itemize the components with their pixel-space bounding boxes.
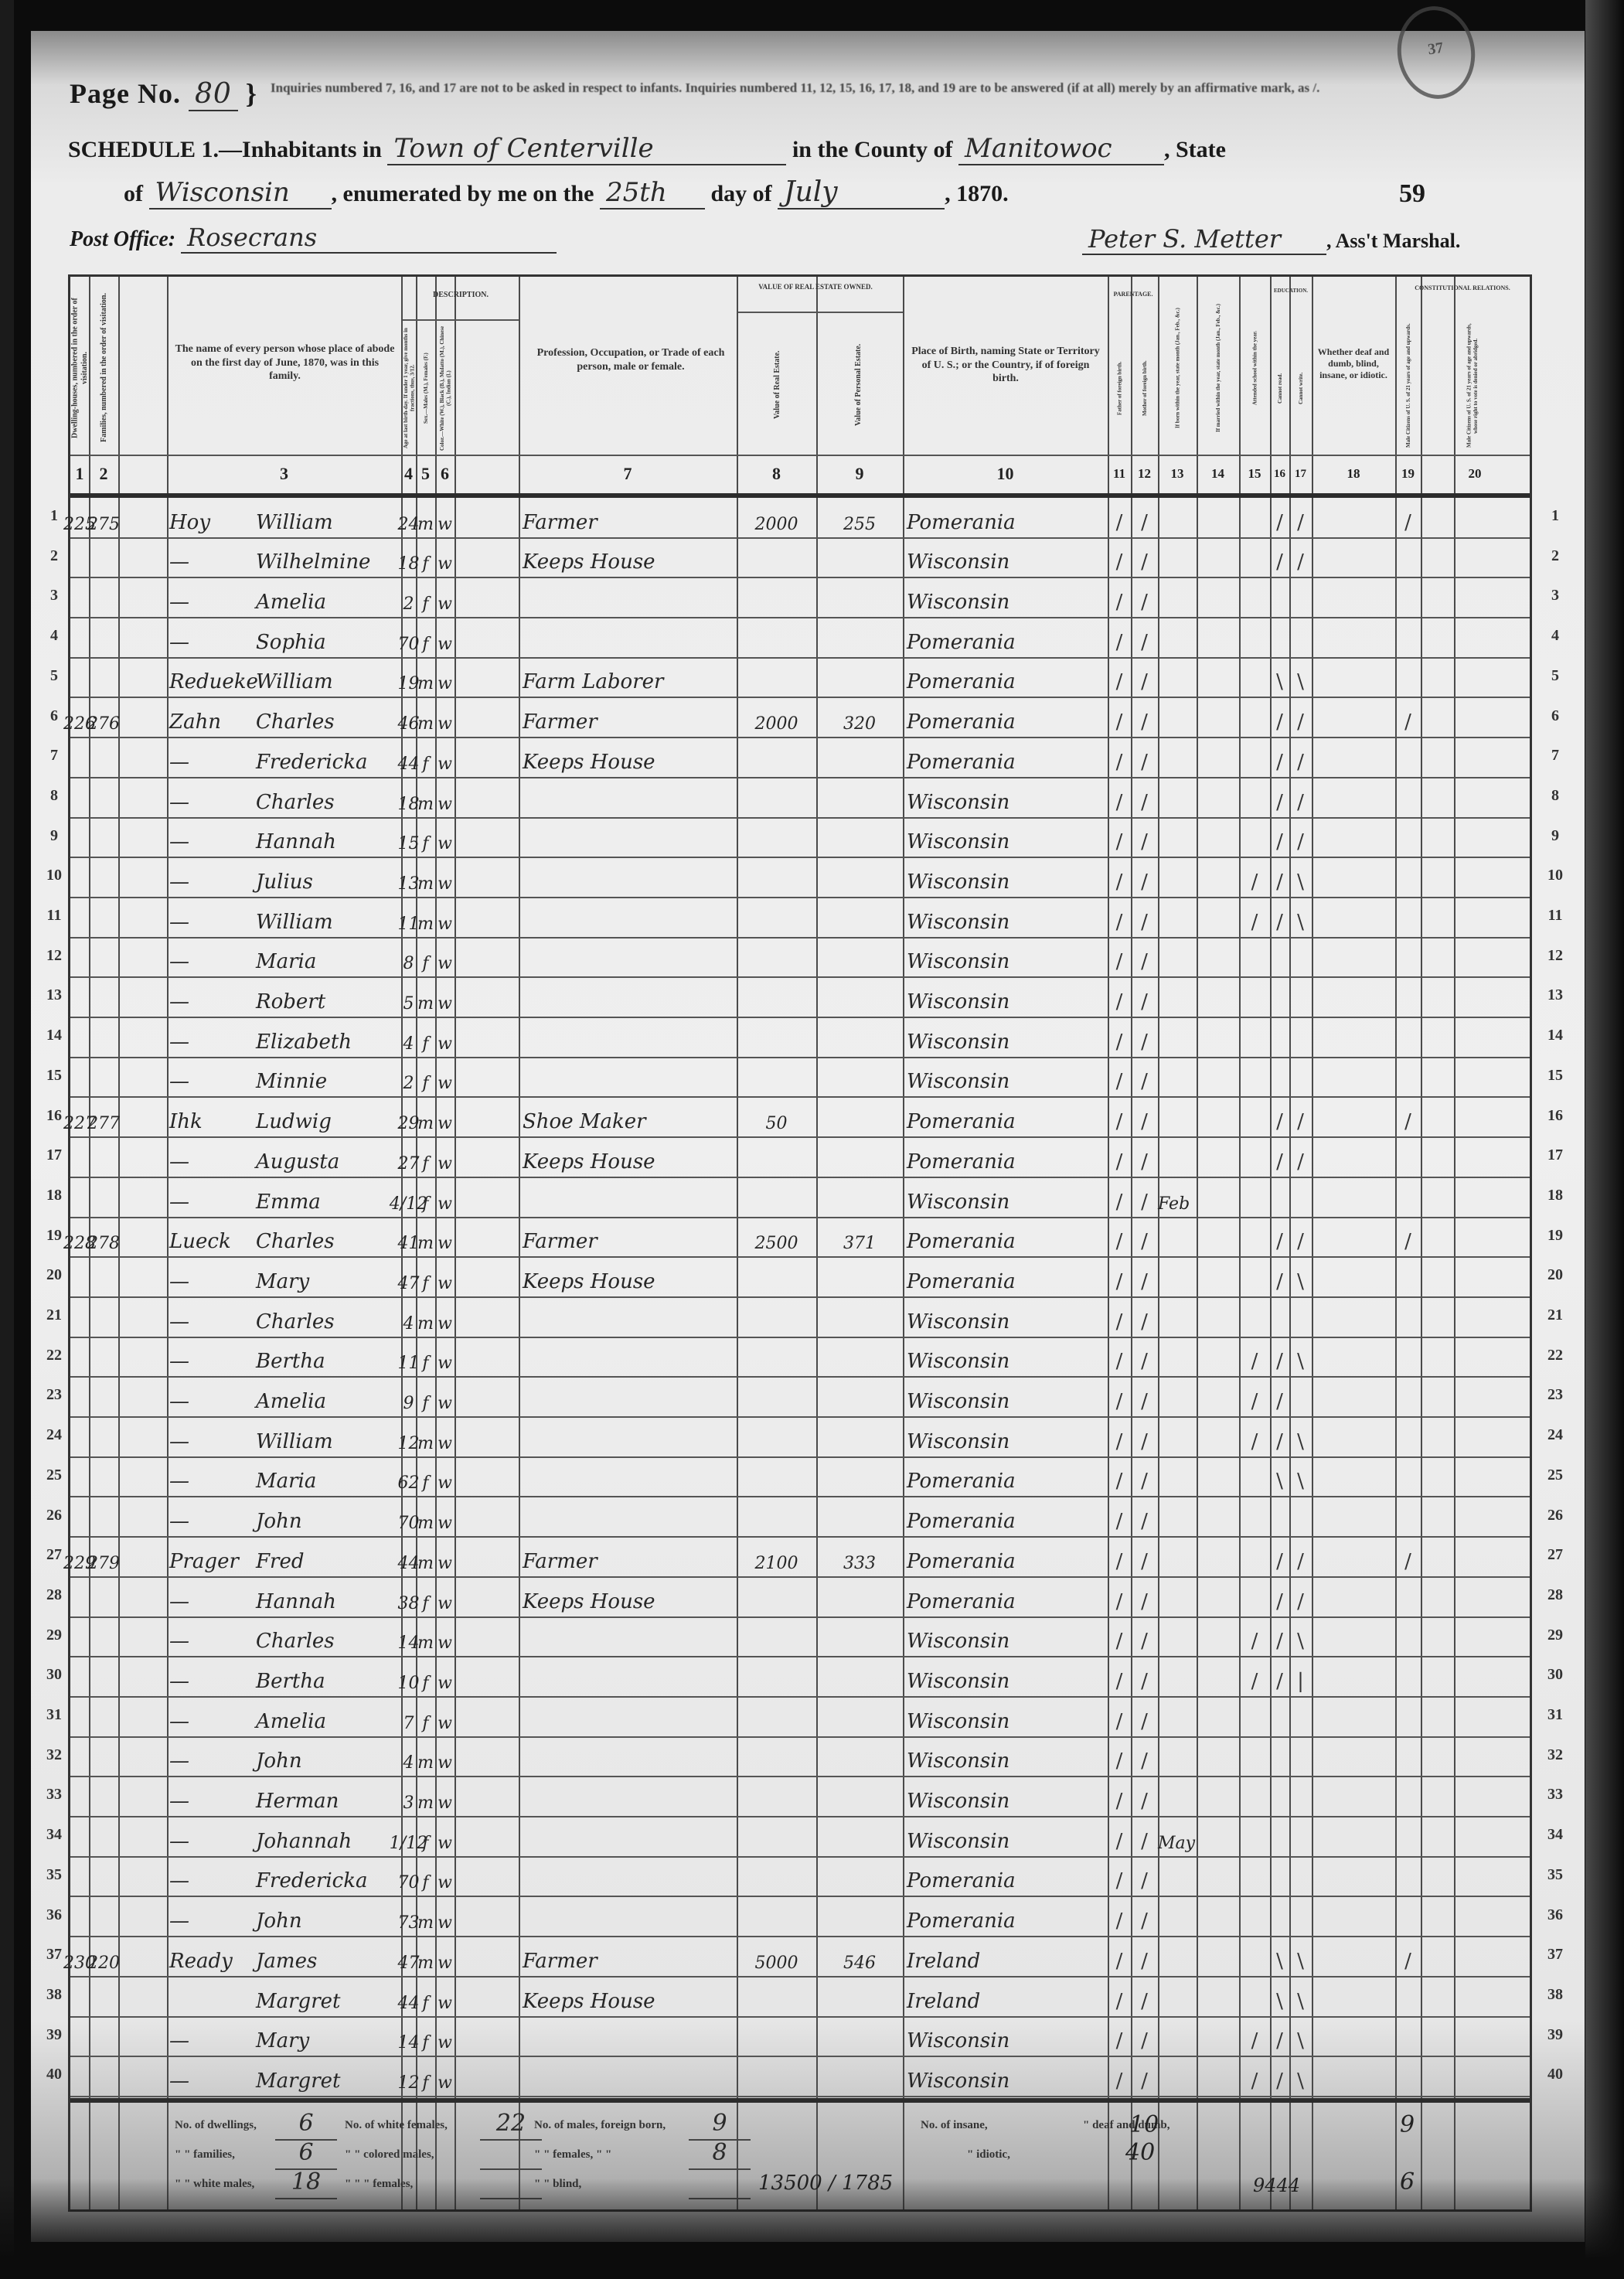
married-within-year-cell bbox=[1197, 1218, 1239, 1259]
birthplace-cell: Wisconsin bbox=[907, 578, 1108, 618]
attended-school-cell bbox=[1239, 1138, 1270, 1178]
occupation-cell: Keeps House bbox=[523, 1978, 735, 2018]
table-row: —Charles18mwWisconsin//// bbox=[70, 778, 1530, 819]
age-cell: 44 bbox=[401, 738, 416, 778]
sex-cell: m bbox=[416, 1538, 435, 1578]
male-citizen-cell bbox=[1395, 1258, 1421, 1298]
family-number-cell bbox=[89, 1898, 118, 1938]
dwelling-number-cell bbox=[70, 738, 89, 778]
attended-school-cell bbox=[1239, 1698, 1270, 1738]
given-name-cell: Minnie bbox=[256, 1058, 401, 1099]
father-foreign-cell: / bbox=[1108, 1458, 1131, 1498]
personal-estate-value-cell bbox=[816, 1138, 903, 1178]
age-cell: 47 bbox=[401, 1258, 416, 1298]
real-estate-value-cell bbox=[737, 939, 816, 979]
family-number-cell bbox=[89, 539, 118, 579]
real-estate-value-cell: 5000 bbox=[737, 1937, 816, 1978]
age-cell: 2 bbox=[401, 578, 416, 618]
father-foreign-cell: / bbox=[1108, 898, 1131, 939]
personal-estate-value-cell bbox=[816, 1178, 903, 1218]
age-cell: 3 bbox=[401, 1777, 416, 1817]
family-number-cell: 220 bbox=[89, 1937, 118, 1978]
occupation-cell bbox=[523, 1458, 735, 1498]
col17-header: Cannot write. bbox=[1291, 323, 1312, 453]
cannot-write-cell: / bbox=[1289, 699, 1312, 739]
occupation-cell bbox=[523, 858, 735, 898]
table-row: —Wilhelmine18fwKeeps HouseWisconsin//// bbox=[70, 539, 1530, 579]
personal-estate-value-cell bbox=[816, 898, 903, 939]
given-name-cell: Fredericka bbox=[256, 1858, 401, 1898]
given-name-cell: Sophia bbox=[256, 618, 401, 659]
given-name-cell: Elizabeth bbox=[256, 1018, 401, 1058]
cannot-read-cell bbox=[1270, 1858, 1289, 1898]
cannot-write-cell: \ bbox=[1289, 1978, 1312, 2018]
disability-cell bbox=[1312, 1698, 1395, 1738]
description-group-header: Description. bbox=[403, 291, 519, 299]
cannot-write-cell: | bbox=[1289, 1657, 1312, 1698]
surname-cell: — bbox=[169, 1898, 254, 1938]
occupation-cell bbox=[523, 1618, 735, 1658]
attended-school-cell bbox=[1239, 659, 1270, 699]
birthplace-cell: Wisconsin bbox=[907, 539, 1108, 579]
attended-school-cell bbox=[1239, 499, 1270, 539]
line-number-left: 18 bbox=[39, 1187, 70, 1204]
line-number-right: 20 bbox=[1540, 1266, 1571, 1284]
birthplace-cell: Pomerania bbox=[907, 1099, 1108, 1139]
father-foreign-cell: / bbox=[1108, 858, 1131, 898]
vote-denied-cell bbox=[1421, 1898, 1529, 1938]
mother-foreign-cell: / bbox=[1131, 1138, 1158, 1178]
surname-cell: — bbox=[169, 1458, 254, 1498]
born-within-year-cell bbox=[1158, 978, 1197, 1018]
disability-cell bbox=[1312, 578, 1395, 618]
personal-estate-value-cell bbox=[816, 1777, 903, 1817]
cannot-write-cell: \ bbox=[1289, 1338, 1312, 1378]
sex-cell: f bbox=[416, 1378, 435, 1418]
real-estate-value-cell bbox=[737, 1738, 816, 1778]
cannot-write-cell bbox=[1289, 1738, 1312, 1778]
mother-foreign-cell: / bbox=[1131, 778, 1158, 819]
personal-estate-value-cell: 546 bbox=[816, 1937, 903, 1978]
birthplace-cell: Wisconsin bbox=[907, 2057, 1108, 2097]
surname-cell: — bbox=[169, 1738, 254, 1778]
born-within-year-cell bbox=[1158, 2018, 1197, 2058]
sex-cell: f bbox=[416, 819, 435, 859]
birthplace-cell: Pomerania bbox=[907, 1258, 1108, 1298]
given-name-cell: William bbox=[256, 499, 401, 539]
attended-school-cell bbox=[1239, 1458, 1270, 1498]
line-number-left: 21 bbox=[39, 1306, 70, 1324]
line-number-left: 26 bbox=[39, 1507, 70, 1524]
personal-estate-value-cell bbox=[816, 1018, 903, 1058]
table-row: —Herman3mwWisconsin// bbox=[70, 1777, 1530, 1817]
attended-school-cell bbox=[1239, 618, 1270, 659]
cannot-write-cell: \ bbox=[1289, 1618, 1312, 1658]
post-office-value: Rosecrans bbox=[181, 223, 557, 254]
age-cell: 29 bbox=[401, 1099, 416, 1139]
personal-estate-value-cell bbox=[816, 738, 903, 778]
personal-estate-value-cell bbox=[816, 1258, 903, 1298]
line-number-left: 3 bbox=[39, 587, 70, 605]
mother-foreign-cell: / bbox=[1131, 1817, 1158, 1858]
real-estate-value-cell bbox=[737, 738, 816, 778]
cannot-read-cell: / bbox=[1270, 1538, 1289, 1578]
occupation-cell bbox=[523, 1777, 735, 1817]
cannot-read-cell bbox=[1270, 1698, 1289, 1738]
table-row: —Mary47fwKeeps HousePomerania///\ bbox=[70, 1258, 1530, 1298]
sex-cell: m bbox=[416, 978, 435, 1018]
dwelling-number-cell: 226 bbox=[70, 699, 89, 739]
married-within-year-cell bbox=[1197, 1378, 1239, 1418]
surname-cell: Ihk bbox=[169, 1099, 254, 1139]
line-number-right: 14 bbox=[1540, 1027, 1571, 1044]
line-number-left: 39 bbox=[39, 2026, 70, 2044]
disability-cell bbox=[1312, 1338, 1395, 1378]
sex-cell: m bbox=[416, 1218, 435, 1259]
real-estate-value-cell bbox=[737, 1817, 816, 1858]
colored-males-value bbox=[480, 2139, 542, 2170]
disability-cell bbox=[1312, 1618, 1395, 1658]
given-name-cell: Amelia bbox=[256, 1378, 401, 1418]
born-within-year-cell bbox=[1158, 539, 1197, 579]
dwelling-number-cell bbox=[70, 1618, 89, 1658]
cannot-read-cell: / bbox=[1270, 778, 1289, 819]
male-citizen-cell bbox=[1395, 978, 1421, 1018]
table-row: —Charles4mwWisconsin// bbox=[70, 1298, 1530, 1338]
disability-cell bbox=[1312, 1657, 1395, 1698]
personal-estate-value-cell bbox=[816, 1298, 903, 1338]
line-number-left: 32 bbox=[39, 1746, 70, 1764]
cannot-read-cell bbox=[1270, 978, 1289, 1018]
vote-denied-cell bbox=[1421, 1458, 1529, 1498]
real-estate-value-cell bbox=[737, 1298, 816, 1338]
disability-cell bbox=[1312, 1898, 1395, 1938]
age-cell: 13 bbox=[401, 858, 416, 898]
occupation-cell bbox=[523, 1018, 735, 1058]
cannot-write-cell bbox=[1289, 1498, 1312, 1538]
cannot-read-cell: / bbox=[1270, 1218, 1289, 1259]
given-name-cell: Bertha bbox=[256, 1338, 401, 1378]
sex-cell: m bbox=[416, 1618, 435, 1658]
occupation-cell bbox=[523, 1058, 735, 1099]
given-name-cell: Hannah bbox=[256, 819, 401, 859]
personal-estate-value-cell bbox=[816, 1618, 903, 1658]
vote-denied-cell bbox=[1421, 978, 1529, 1018]
page-number-value: 80 bbox=[189, 78, 238, 111]
line-number-left: 14 bbox=[39, 1027, 70, 1044]
surname-cell: — bbox=[169, 978, 254, 1018]
cannot-read-cell: / bbox=[1270, 1338, 1289, 1378]
family-number-cell: 279 bbox=[89, 1538, 118, 1578]
married-within-year-cell bbox=[1197, 499, 1239, 539]
born-within-year-cell bbox=[1158, 1978, 1197, 2018]
surname-cell: — bbox=[169, 1817, 254, 1858]
col5-header: Sex.—Males (M.), Females (F.) bbox=[417, 323, 435, 453]
cannot-read-cell bbox=[1270, 618, 1289, 659]
age-cell: 10 bbox=[401, 1657, 416, 1698]
colnum-7: 7 bbox=[519, 459, 737, 489]
personal-estate-value-cell bbox=[816, 659, 903, 699]
line-number-right: 23 bbox=[1540, 1386, 1571, 1404]
attended-school-cell: / bbox=[1239, 1618, 1270, 1658]
table-row: 230220ReadyJames47mwFarmer5000546Ireland… bbox=[70, 1937, 1530, 1978]
birthplace-cell: Pomerania bbox=[907, 1538, 1108, 1578]
born-within-year-cell bbox=[1158, 699, 1197, 739]
surname-cell: — bbox=[169, 1378, 254, 1418]
born-within-year-cell bbox=[1158, 1099, 1197, 1139]
family-number-cell: 275 bbox=[89, 499, 118, 539]
attended-school-cell bbox=[1239, 539, 1270, 579]
real-estate-value-cell bbox=[737, 2057, 816, 2097]
parentage-group-header: Parentage. bbox=[1109, 291, 1157, 298]
male-citizen-cell bbox=[1395, 1578, 1421, 1618]
mother-foreign-cell: / bbox=[1131, 738, 1158, 778]
col6-header: Color.—White (W.), Black (B.), Mulatto (… bbox=[437, 323, 455, 453]
sex-cell: m bbox=[416, 1298, 435, 1338]
attended-school-cell: / bbox=[1239, 1418, 1270, 1458]
father-foreign-cell: / bbox=[1108, 778, 1131, 819]
male-citizen-cell bbox=[1395, 1498, 1421, 1538]
cannot-read-cell: / bbox=[1270, 1378, 1289, 1418]
birthplace-cell: Ireland bbox=[907, 1978, 1108, 2018]
sex-cell: f bbox=[416, 1258, 435, 1298]
sex-cell: m bbox=[416, 1777, 435, 1817]
given-name-cell: Bertha bbox=[256, 1657, 401, 1698]
dwelling-number-cell bbox=[70, 1298, 89, 1338]
cannot-read-cell: / bbox=[1270, 1418, 1289, 1458]
real-estate-value-cell bbox=[737, 1898, 816, 1938]
line-number-left: 25 bbox=[39, 1467, 70, 1484]
colnum-12: 12 bbox=[1131, 459, 1158, 489]
given-name-cell: Charles bbox=[256, 1218, 401, 1259]
dwelling-number-cell bbox=[70, 778, 89, 819]
male-citizen-cell bbox=[1395, 2018, 1421, 2058]
father-foreign-cell: / bbox=[1108, 1657, 1131, 1698]
age-cell: 4 bbox=[401, 1738, 416, 1778]
occupation-cell: Keeps House bbox=[523, 738, 735, 778]
occupation-cell bbox=[523, 1418, 735, 1458]
family-number-cell bbox=[89, 1738, 118, 1778]
father-foreign-cell: / bbox=[1108, 1099, 1131, 1139]
sex-cell: f bbox=[416, 578, 435, 618]
male-citizen-cell bbox=[1395, 1178, 1421, 1218]
col19-header: Male Citizens of U. S. of 21 years of ag… bbox=[1397, 319, 1421, 452]
cannot-write-cell: / bbox=[1289, 1578, 1312, 1618]
mother-foreign-cell: / bbox=[1131, 1618, 1158, 1658]
occupation-cell bbox=[523, 939, 735, 979]
real-estate-value-cell bbox=[737, 978, 816, 1018]
table-row: Margret44fwKeeps HouseIreland//\\ bbox=[70, 1978, 1530, 2018]
personal-estate-value-cell bbox=[816, 1858, 903, 1898]
disability-cell bbox=[1312, 1099, 1395, 1139]
personal-estate-value-cell bbox=[816, 1817, 903, 1858]
colnum-19: 19 bbox=[1395, 459, 1421, 489]
father-foreign-cell: / bbox=[1108, 618, 1131, 659]
age-cell: 14 bbox=[401, 2018, 416, 2058]
personal-estate-value-cell bbox=[816, 2057, 903, 2097]
real-estate-value-cell bbox=[737, 819, 816, 859]
disability-cell bbox=[1312, 699, 1395, 739]
married-within-year-cell bbox=[1197, 898, 1239, 939]
disability-cell bbox=[1312, 2057, 1395, 2097]
born-within-year-cell bbox=[1158, 1498, 1197, 1538]
vote-denied-cell bbox=[1421, 1978, 1529, 2018]
cannot-write-cell: / bbox=[1289, 738, 1312, 778]
disability-cell bbox=[1312, 1378, 1395, 1418]
birthplace-cell: Wisconsin bbox=[907, 2018, 1108, 2058]
birthplace-cell: Pomerania bbox=[907, 1218, 1108, 1259]
dwelling-number-cell bbox=[70, 1338, 89, 1378]
color-cell: w bbox=[435, 1338, 455, 1378]
surname-cell: — bbox=[169, 1657, 254, 1698]
colnum-1: 1 bbox=[70, 459, 89, 489]
dwelling-number-cell: 227 bbox=[70, 1099, 89, 1139]
enumeration-line: of Wisconsin, enumerated by me on the 25… bbox=[124, 176, 1009, 210]
surname-cell: — bbox=[169, 1777, 254, 1817]
attended-school-cell bbox=[1239, 939, 1270, 979]
cannot-read-cell bbox=[1270, 1898, 1289, 1938]
table-row: —John4mwWisconsin// bbox=[70, 1738, 1530, 1778]
male-citizen-cell bbox=[1395, 1817, 1421, 1858]
born-within-year-cell bbox=[1158, 1777, 1197, 1817]
family-number-cell bbox=[89, 858, 118, 898]
color-cell: w bbox=[435, 1258, 455, 1298]
born-within-year-cell: May bbox=[1158, 1817, 1197, 1858]
colnum-2: 2 bbox=[89, 459, 118, 489]
real-estate-value-cell bbox=[737, 659, 816, 699]
male-citizen-cell bbox=[1395, 1657, 1421, 1698]
mother-foreign-cell: / bbox=[1131, 1378, 1158, 1418]
sex-cell: f bbox=[416, 1578, 435, 1618]
real-estate-value-cell bbox=[737, 1138, 816, 1178]
surname-cell: — bbox=[169, 2057, 254, 2097]
surname-cell: — bbox=[169, 738, 254, 778]
vote-denied-cell bbox=[1421, 1538, 1529, 1578]
color-cell: w bbox=[435, 659, 455, 699]
male-citizen-cell bbox=[1395, 659, 1421, 699]
month-value: July bbox=[778, 176, 945, 210]
male-citizen-cell bbox=[1395, 1458, 1421, 1498]
dwelling-number-cell bbox=[70, 1498, 89, 1538]
mother-foreign-cell: / bbox=[1131, 1898, 1158, 1938]
father-foreign-cell: / bbox=[1108, 539, 1131, 579]
personal-estate-value-cell bbox=[816, 1698, 903, 1738]
cannot-read-cell: \ bbox=[1270, 1937, 1289, 1978]
line-number-right: 13 bbox=[1540, 986, 1571, 1004]
sex-cell: f bbox=[416, 2018, 435, 2058]
cannot-write-cell: / bbox=[1289, 1538, 1312, 1578]
line-number-right: 21 bbox=[1540, 1306, 1571, 1324]
age-cell: 62 bbox=[401, 1458, 416, 1498]
mother-foreign-cell: / bbox=[1131, 499, 1158, 539]
vote-denied-cell bbox=[1421, 659, 1529, 699]
col8-header: Value of Real Estate. bbox=[743, 319, 812, 451]
table-row: —Fredericka44fwKeeps HousePomerania//// bbox=[70, 738, 1530, 778]
personal-estate-value-cell: 371 bbox=[816, 1218, 903, 1259]
day-of-label: day of bbox=[710, 181, 771, 206]
father-foreign-cell: / bbox=[1108, 1178, 1131, 1218]
family-number-cell: 276 bbox=[89, 699, 118, 739]
mother-foreign-cell: / bbox=[1131, 1698, 1158, 1738]
line-number-right: 33 bbox=[1540, 1786, 1571, 1804]
attended-school-cell bbox=[1239, 1058, 1270, 1099]
birthplace-cell: Wisconsin bbox=[907, 1018, 1108, 1058]
age-cell: 9 bbox=[401, 1378, 416, 1418]
of-label: of bbox=[124, 181, 143, 206]
male-citizen-cell bbox=[1395, 1058, 1421, 1099]
vote-denied-cell bbox=[1421, 1298, 1529, 1338]
footer-total-b: 40 bbox=[1125, 2139, 1155, 2166]
sex-cell: f bbox=[416, 939, 435, 979]
occupation-cell bbox=[523, 1178, 735, 1218]
disability-cell bbox=[1312, 1138, 1395, 1178]
line-number-right: 36 bbox=[1540, 1906, 1571, 1924]
cannot-read-cell: / bbox=[1270, 819, 1289, 859]
age-cell: 19 bbox=[401, 659, 416, 699]
family-number-cell bbox=[89, 778, 118, 819]
married-within-year-cell bbox=[1197, 1258, 1239, 1298]
given-name-cell: William bbox=[256, 659, 401, 699]
born-within-year-cell bbox=[1158, 1218, 1197, 1259]
given-name-cell: John bbox=[256, 1738, 401, 1778]
married-within-year-cell bbox=[1197, 1978, 1239, 2018]
born-within-year-cell bbox=[1158, 2057, 1197, 2097]
marshal-line: Peter S. Metter, Ass't Marshal. bbox=[1082, 224, 1460, 255]
personal-estate-value-cell bbox=[816, 1578, 903, 1618]
cannot-read-cell bbox=[1270, 939, 1289, 979]
line-number-left: 17 bbox=[39, 1146, 70, 1164]
line-number-left: 20 bbox=[39, 1266, 70, 1284]
colnum-16: 16 bbox=[1270, 459, 1289, 489]
color-cell: w bbox=[435, 1218, 455, 1259]
cannot-read-cell bbox=[1270, 1817, 1289, 1858]
cannot-write-cell bbox=[1289, 1178, 1312, 1218]
mother-foreign-cell: / bbox=[1131, 1578, 1158, 1618]
born-within-year-cell: Feb bbox=[1158, 1178, 1197, 1218]
family-number-cell bbox=[89, 1458, 118, 1498]
post-office-line: Post Office: Rosecrans bbox=[70, 223, 557, 254]
family-number-cell bbox=[89, 1058, 118, 1099]
table-row: —Hannah38fwKeeps HousePomerania//// bbox=[70, 1578, 1530, 1618]
married-within-year-cell bbox=[1197, 578, 1239, 618]
male-citizen-cell bbox=[1395, 578, 1421, 618]
dwelling-number-cell bbox=[70, 939, 89, 979]
cannot-read-cell bbox=[1270, 1498, 1289, 1538]
attended-school-cell bbox=[1239, 1738, 1270, 1778]
line-number-right: 11 bbox=[1540, 907, 1571, 925]
attended-school-cell bbox=[1239, 1858, 1270, 1898]
male-citizen-cell bbox=[1395, 1777, 1421, 1817]
born-within-year-cell bbox=[1158, 1418, 1197, 1458]
occupation-cell bbox=[523, 1738, 735, 1778]
vote-denied-cell bbox=[1421, 898, 1529, 939]
line-number-right: 18 bbox=[1540, 1187, 1571, 1204]
male-citizen-cell bbox=[1395, 939, 1421, 979]
male-citizen-cell bbox=[1395, 539, 1421, 579]
mother-foreign-cell: / bbox=[1131, 1738, 1158, 1778]
given-name-cell: Fred bbox=[256, 1538, 401, 1578]
attended-school-cell bbox=[1239, 819, 1270, 859]
occupation-cell: Keeps House bbox=[523, 1138, 735, 1178]
color-cell: w bbox=[435, 539, 455, 579]
birthplace-cell: Pomerania bbox=[907, 1138, 1108, 1178]
disability-cell bbox=[1312, 978, 1395, 1018]
personal-estate-value-cell bbox=[816, 1338, 903, 1378]
colnum-20: 20 bbox=[1421, 459, 1529, 489]
table-row: —Elizabeth4fwWisconsin// bbox=[70, 1018, 1530, 1058]
dwelling-number-cell bbox=[70, 1378, 89, 1418]
table-row: 228278LueckCharles41mwFarmer2500371Pomer… bbox=[70, 1218, 1530, 1259]
